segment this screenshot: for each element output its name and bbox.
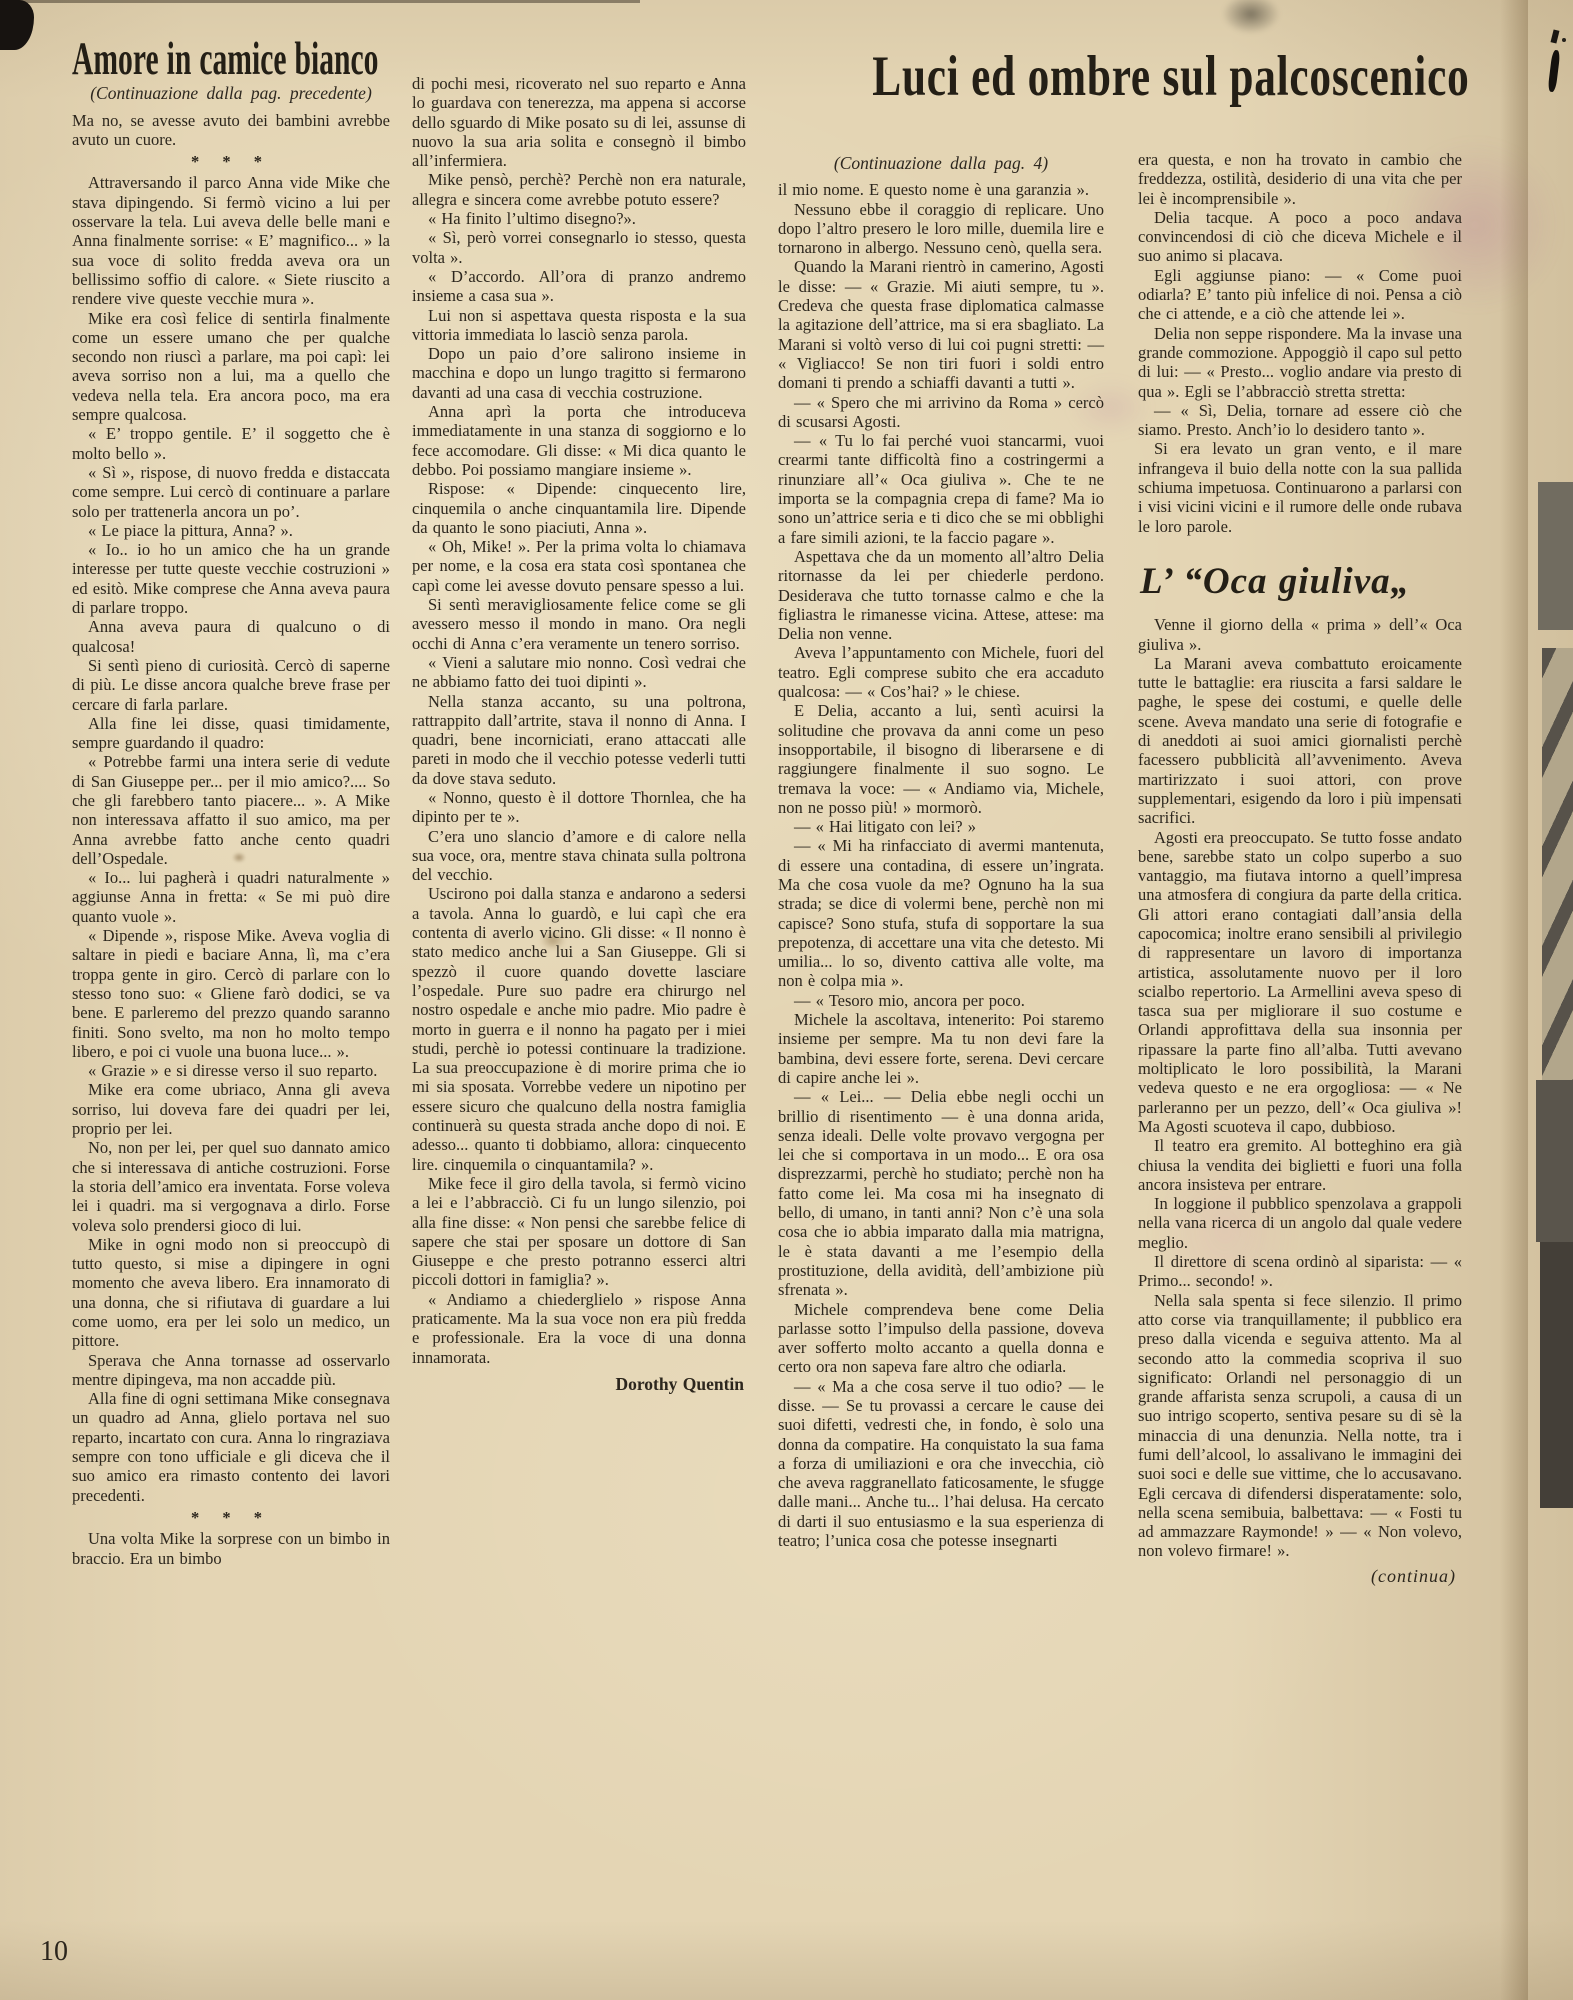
left-article-title-text: Amore in camice bianco <box>72 50 378 69</box>
paragraph: Si sentì pieno di curiosità. Cercò di sa… <box>72 656 390 714</box>
paragraph: Nessuno ebbe il coraggio di replicare. U… <box>778 200 1104 258</box>
edge-photo-fragment <box>1536 1080 1573 1242</box>
author-signature: Dorothy Quentin <box>412 1375 746 1394</box>
paragraph: Aveva l’appuntamento con Michele, fuori … <box>778 643 1104 701</box>
paragraph: — « Mi ha rinfacciato di avermi mantenut… <box>778 836 1104 990</box>
paragraph: Anna aveva paura di qualcuno o di qualco… <box>72 617 390 656</box>
paragraph: E Delia, accanto a lui, sentì acuirsi la… <box>778 701 1104 817</box>
paragraph: Sperava che Anna tornasse ad osservarlo … <box>72 1351 390 1390</box>
paragraph: — « Lei... — Delia ebbe negli occhi un b… <box>778 1087 1104 1299</box>
paragraph: « Le piace la pittura, Anna? ». <box>72 521 390 540</box>
paragraph: Il teatro era gremito. Al botteghino era… <box>1138 1136 1462 1194</box>
magazine-page: Amore in camice bianco (Continuazione da… <box>0 0 1573 2000</box>
paragraph: « Andiamo a chiederglielo » rispose Anna… <box>412 1290 746 1367</box>
paragraph: Nella sala spenta si fece silenzio. Il p… <box>1138 1291 1462 1561</box>
paragraph: Alla fine lei disse, quasi timidamente, … <box>72 714 390 753</box>
edge-ink-mark <box>1547 50 1560 93</box>
paragraph: Mike era così felice di sentirla finalme… <box>72 309 390 425</box>
smudge-top-right <box>1222 0 1280 34</box>
paragraph: « Ha finito l’ultimo disegno?». <box>412 209 746 228</box>
paragraph: Rispose: « Dipende: cinquecento lire, ci… <box>412 479 746 537</box>
right-article-column-2: era questa, e non ha trovato in cambio c… <box>1138 150 1462 1586</box>
paragraph: Mike fece il giro della tavola, si fermò… <box>412 1174 746 1290</box>
scan-edge-line <box>0 0 640 3</box>
paragraph: « Io.. io ho un amico che ha un grande i… <box>72 540 390 617</box>
paragraph: Si era levato un gran vento, e il mare i… <box>1138 439 1462 535</box>
paragraph: — « Spero che mi arrivino da Roma » cerc… <box>778 393 1104 432</box>
paragraph: Alla fine di ogni settimana Mike consegn… <box>72 1389 390 1505</box>
paragraph: « Oh, Mike! ». Per la prima volta lo chi… <box>412 537 746 595</box>
right-article-column-2-text-b: Venne il giorno della « prima » dell’« O… <box>1138 615 1462 1586</box>
paragraph: « Vieni a salutare mio nonno. Così vedra… <box>412 653 746 692</box>
paragraph: « Potrebbe farmi una intera serie di ved… <box>72 752 390 868</box>
edge-photo-fragment <box>1538 482 1573 630</box>
paragraph: « Nonno, questo è il dottore Thornlea, c… <box>412 788 746 827</box>
paragraph: Venne il giorno della « prima » dell’« O… <box>1138 615 1462 654</box>
continuation-note-right: (Continuazione dalla pag. 4) <box>778 154 1104 173</box>
section-separator: * * * <box>72 1508 390 1527</box>
subhead-oca-giuliva: L’ “Oca giuliva„ <box>1140 572 1462 591</box>
paragraph: Quando la Marani rientrò in camerino, Ag… <box>778 257 1104 392</box>
paragraph: In loggione il pubblico spenzolava a gra… <box>1138 1194 1462 1252</box>
paragraph: « Dipende », rispose Mike. Aveva voglia … <box>72 926 390 1061</box>
page-number: 10 <box>40 1936 68 1968</box>
left-article-column-1: Amore in camice bianco (Continuazione da… <box>72 50 390 1568</box>
left-article-title: Amore in camice bianco <box>72 50 390 74</box>
paragraph: Attraversando il parco Anna vide Mike ch… <box>72 173 390 308</box>
paragraph: Michele comprendeva bene come Delia parl… <box>778 1300 1104 1377</box>
paragraph: — « Hai litigato con lei? » <box>778 817 1104 836</box>
paragraph: Il direttore di scena ordinò al siparist… <box>1138 1252 1462 1291</box>
right-article-column-1: (Continuazione dalla pag. 4) il mio nome… <box>778 152 1104 1550</box>
paragraph: « Io... lui pagherà i quadri naturalment… <box>72 868 390 926</box>
edge-photo-fragment <box>1540 1242 1573 1508</box>
paragraph: Mike in ogni modo non si preoccupò di tu… <box>72 1235 390 1351</box>
paragraph: — « Tu lo fai perché vuoi stancarmi, vuo… <box>778 431 1104 547</box>
paragraph: « Sì », rispose, di nuovo fredda e dista… <box>72 463 390 521</box>
paragraph: di pochi mesi, ricoverato nel suo repart… <box>412 74 746 170</box>
paragraph: Ma no, se avesse avuto dei bambini avreb… <box>72 111 390 150</box>
paragraph: La Marani aveva combattuto eroicamente t… <box>1138 654 1462 828</box>
left-article-column-1-text: Ma no, se avesse avuto dei bambini avreb… <box>72 111 390 1568</box>
paragraph: — « Tesoro mio, ancora per poco. <box>778 991 1104 1010</box>
edge-photo-fragment <box>1542 648 1573 1080</box>
edge-ink-mark <box>1551 29 1560 43</box>
right-article-column-1-text: il mio nome. E questo nome è una garanzi… <box>778 180 1104 1550</box>
ink-stain-top-left <box>0 0 34 50</box>
paragraph: Aspettava che da un momento all’altro De… <box>778 547 1104 643</box>
paragraph: Egli aggiunse piano: — « Come puoi odiar… <box>1138 266 1462 324</box>
page-gutter-shadow <box>1500 0 1528 2000</box>
edge-ink-speck <box>1562 38 1566 42</box>
paragraph: C’era uno slancio d’amore e di calore ne… <box>412 827 746 885</box>
right-article-column-2-text-a: era questa, e non ha trovato in cambio c… <box>1138 150 1462 536</box>
paragraph: « Sì, però vorrei consegnarlo io stesso,… <box>412 228 746 267</box>
section-separator: * * * <box>72 152 390 171</box>
paragraph: Agosti era preoccupato. Se tutto fosse a… <box>1138 828 1462 1137</box>
paragraph: « D’accordo. All’ora di pranzo andremo i… <box>412 267 746 306</box>
adjacent-page-edge <box>1528 0 1573 2000</box>
continuation-note-left: (Continuazione dalla pag. precedente) <box>72 84 390 103</box>
paragraph: — « Ma a che cosa serve il tuo odio? — l… <box>778 1377 1104 1551</box>
paragraph: Michele la ascoltava, intenerito: Poi st… <box>778 1010 1104 1087</box>
left-article-column-2: di pochi mesi, ricoverato nel suo repart… <box>412 74 746 1394</box>
paragraph: il mio nome. E questo nome è una garanzi… <box>778 180 1104 199</box>
paragraph: Anna aprì la porta che introduceva immed… <box>412 402 746 479</box>
paragraph: Uscirono poi dalla stanza e andarono a s… <box>412 884 746 1173</box>
right-article-title: Luci ed ombre sul palcoscenico <box>778 44 1462 109</box>
paragraph: era questa, e non ha trovato in cambio c… <box>1138 150 1462 208</box>
paragraph: « Grazie » e si diresse verso il suo rep… <box>72 1061 390 1080</box>
paragraph: Si sentì meravigliosamente felice come s… <box>412 595 746 653</box>
paragraph: No, non per lei, per quel suo dannato am… <box>72 1138 390 1234</box>
paragraph: Mike pensò, perchè? Perchè non era natur… <box>412 170 746 209</box>
to-be-continued-note: (continua) <box>1138 1567 1462 1586</box>
paragraph: — « Sì, Delia, tornare ad essere ciò che… <box>1138 401 1462 440</box>
paragraph: Dopo un paio d’ore salirono insieme in m… <box>412 344 746 402</box>
paragraph: Nella stanza accanto, su una poltrona, r… <box>412 692 746 788</box>
paragraph: Lui non si aspettava questa risposta e l… <box>412 306 746 345</box>
right-article-title-text: Luci ed ombre sul palcoscenico <box>872 44 1469 109</box>
paragraph: Mike era come ubriaco, Anna gli aveva so… <box>72 1080 390 1138</box>
paragraph: Una volta Mike la sorprese con un bimbo … <box>72 1529 390 1568</box>
paragraph: « E’ troppo gentile. E’ il soggetto che … <box>72 424 390 463</box>
paragraph: Delia non seppe rispondere. Ma la invase… <box>1138 324 1462 401</box>
left-article-column-2-text: di pochi mesi, ricoverato nel suo repart… <box>412 74 746 1394</box>
paragraph: Delia tacque. A poco a poco andava convi… <box>1138 208 1462 266</box>
